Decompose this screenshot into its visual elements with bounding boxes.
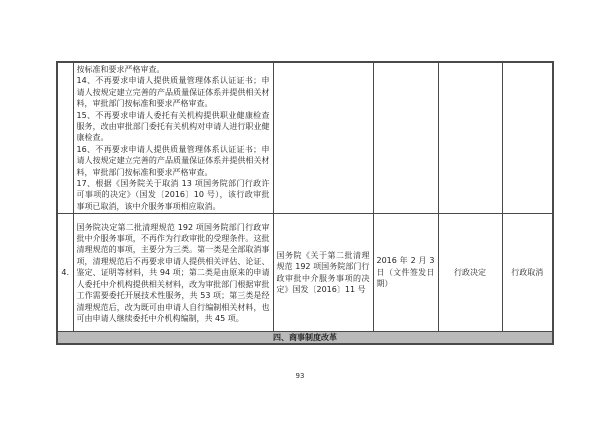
page-number: 93 — [0, 372, 600, 380]
basis-document-cell: 国务院《关于第二批清理规范 192 项国务院部门行政审批中介服务事项的决定》国发… — [273, 214, 373, 332]
basis-document-cell — [273, 62, 373, 214]
row-index-cell — [57, 62, 73, 214]
description-cell: 国务院决定第二批清理规范 192 项国务院部门行政审批中介服务事项，不再作为行政… — [73, 214, 273, 332]
description-cell: 按标准和要求严格审查。 14、不再要求申请人提供质量管理体系认证证书；申请人按规… — [73, 62, 273, 214]
description-paragraph: 16、不再要求申请人提供质量管理体系认证证书；申请人按规定建立完善的产品质量保证… — [77, 144, 270, 178]
description-paragraph: 国务院决定第二批清理规范 192 项国务院部门行政审批中介服务事项，不再作为行政… — [77, 222, 270, 325]
section-header-label: 四、商事制度改革 — [57, 332, 553, 345]
reform-mode-cell: 行政取消 — [502, 214, 553, 332]
table-row-item-4: 4. 国务院决定第二批清理规范 192 项国务院部门行政审批中介服务事项，不再作… — [57, 214, 553, 332]
decision-type-cell: 行政决定 — [438, 214, 502, 332]
description-paragraph: 14、不再要求申请人提供质量管理体系认证证书；申请人按规定建立完善的产品质量保证… — [77, 75, 270, 109]
decision-type-cell — [438, 62, 502, 214]
table-row-continued: 按标准和要求严格审查。 14、不再要求申请人提供质量管理体系认证证书；申请人按规… — [57, 62, 553, 214]
admin-approval-items-table: 按标准和要求严格审查。 14、不再要求申请人提供质量管理体系认证证书；申请人按规… — [56, 61, 554, 345]
description-text-block: 国务院决定第二批清理规范 192 项国务院部门行政审批中介服务事项，不再作为行政… — [77, 222, 270, 325]
row-index-cell: 4. — [57, 214, 73, 332]
date-cell: 2016 年 2 月 3 日（文件签发日期） — [373, 214, 438, 332]
description-paragraph: 按标准和要求严格审查。 — [77, 64, 270, 75]
reform-mode-cell — [502, 62, 553, 214]
description-paragraph: 15、不再要求申请人委托有关机构提供职业健康检查服务，改由审批部门委托有关机构对… — [77, 110, 270, 144]
section-header-row: 四、商事制度改革 — [57, 332, 553, 345]
date-cell — [373, 62, 438, 214]
description-paragraph: 17、根据《国务院关于取消 13 项国务院部门行政许可事项的决定》（国发〔201… — [77, 178, 270, 211]
description-text-block: 按标准和要求严格审查。 14、不再要求申请人提供质量管理体系认证证书；申请人按规… — [77, 64, 270, 211]
document-page: 按标准和要求严格审查。 14、不再要求申请人提供质量管理体系认证证书；申请人按规… — [0, 0, 600, 424]
